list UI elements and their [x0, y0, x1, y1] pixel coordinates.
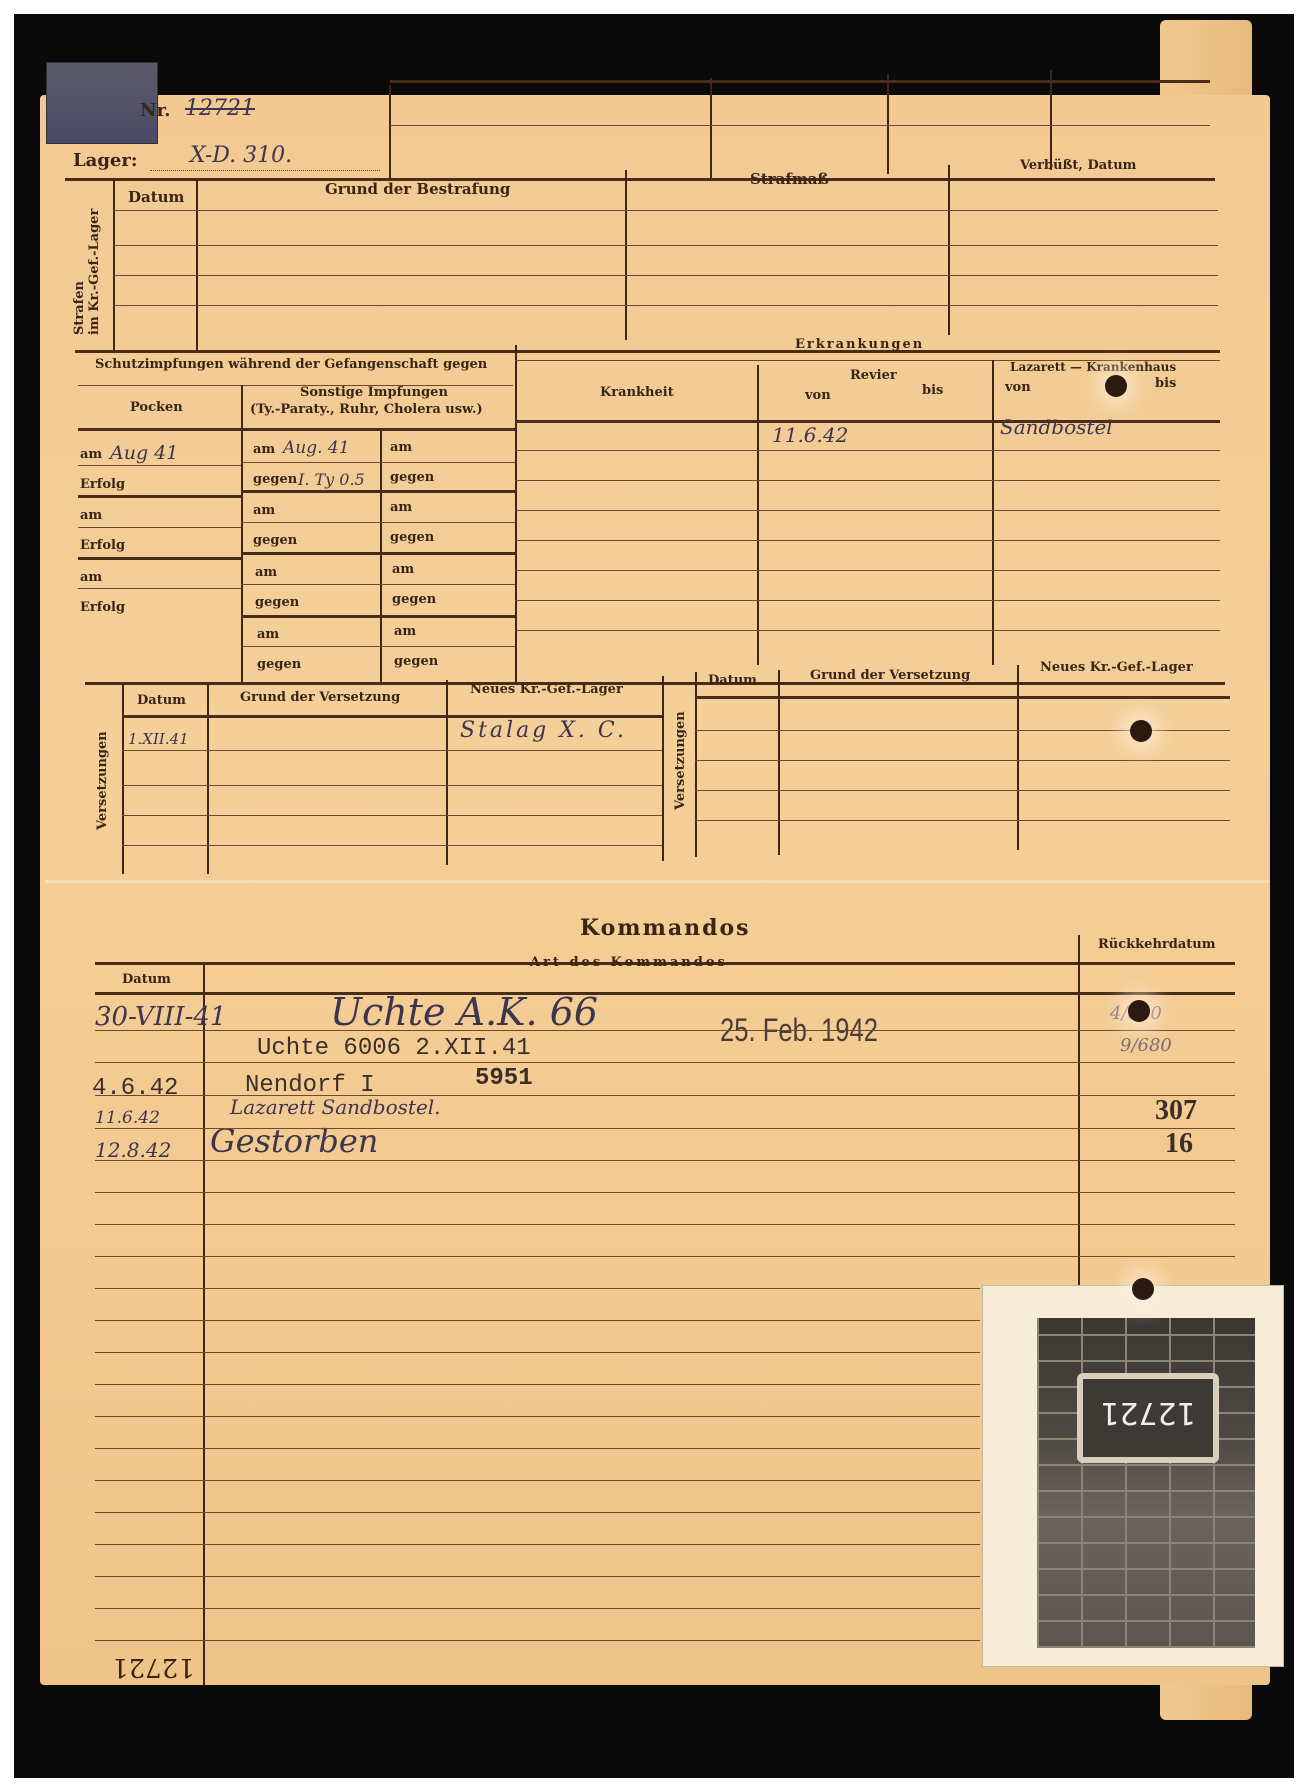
impfungen-title: Schutzimpfungen während der Gefangenscha… [95, 357, 487, 372]
rule [122, 815, 662, 816]
rueckkehr-value: 9/680 [1120, 1035, 1172, 1056]
rule [695, 790, 1230, 791]
kommando-art: Uchte 6006 2.XII.41 [257, 1035, 531, 1062]
revier-bis-label: bis [922, 383, 943, 398]
divider [887, 74, 889, 174]
versetzungen-right-col-datum: Datum [708, 673, 757, 688]
rule [695, 696, 1230, 699]
rule [241, 490, 515, 493]
versetzungen-right-side-label: Versetzungen [673, 711, 688, 810]
prisoner-photo: 12721 [1037, 1318, 1255, 1648]
divider [1017, 665, 1019, 850]
rule [390, 125, 1210, 126]
sonstige-gegen-label: gegen [253, 533, 297, 548]
sonstige-gegen-label: gegen [392, 592, 436, 607]
sonstige-am-value: Aug. 41 [283, 438, 350, 458]
impfungen-col-pocken: Pocken [130, 400, 183, 415]
rule [78, 495, 241, 498]
versetzung-datum-value: 1.XII.41 [128, 730, 189, 748]
erkrankungen-col-lazarett: Lazarett — Krankenhaus [1010, 360, 1176, 374]
rule [95, 992, 1235, 995]
rule [241, 522, 515, 523]
kommandos-col-datum: Datum [122, 972, 171, 987]
strafen-col-datum: Datum [128, 188, 184, 206]
fold-crease [45, 880, 1270, 883]
rule [515, 540, 1220, 541]
divider [1078, 935, 1080, 1295]
lager-value: X-D. 310. [190, 143, 292, 168]
rule [95, 1640, 980, 1641]
impfungen-col-sonstige-2: (Ty.-Paraty., Ruhr, Cholera usw.) [250, 402, 483, 417]
kommando-datum: 11.6.42 [95, 1108, 160, 1128]
erkrankungen-col-revier: Revier [850, 368, 897, 383]
punch-hole [1128, 1000, 1150, 1022]
sonstige-am-label: am [253, 442, 275, 457]
nr-value: 12721 [185, 96, 255, 121]
rule [95, 1416, 980, 1417]
strafen-side-label: Strafen im Kr.-Gef.-Lager [72, 209, 102, 335]
divider [710, 78, 712, 178]
rule [95, 1160, 1235, 1161]
rule [95, 1288, 980, 1289]
lazarett-value: Sandbostel [1000, 415, 1113, 439]
divider [515, 345, 517, 685]
versetzungen-left-side-label: Versetzungen [95, 731, 110, 830]
punch-hole [1130, 720, 1152, 742]
sonstige-am-label: am [392, 562, 414, 577]
divider [446, 680, 448, 865]
rule [113, 305, 1218, 306]
versetzungen-right-col-lager: Neues Kr.-Gef.-Lager [1040, 660, 1193, 675]
pocken-am-label: am [80, 570, 102, 585]
strafen-col-grund: Grund der Bestrafung [325, 180, 510, 198]
strafen-label-line1: Strafen [72, 209, 87, 335]
rule [113, 275, 1218, 276]
rule [78, 527, 241, 528]
impfungen-col-sonstige-1: Sonstige Impfungen [300, 385, 448, 400]
kommandos-title: Kommandos [580, 915, 751, 941]
lazarett-von-label: von [1005, 380, 1031, 395]
rule [95, 1384, 980, 1385]
rule [122, 750, 662, 751]
divider [625, 170, 627, 340]
punch-hole [1132, 1278, 1154, 1300]
rueckkehr-value: 16 [1165, 1128, 1193, 1160]
rule [85, 682, 1225, 685]
rule [78, 588, 241, 589]
rule [95, 1352, 980, 1353]
rule [515, 600, 1220, 601]
divider [196, 180, 198, 350]
rule [95, 1192, 1235, 1193]
rule [241, 584, 515, 585]
rule [515, 420, 1220, 423]
number-slate: 12721 [1077, 1373, 1219, 1463]
divider [380, 428, 382, 683]
versetzungen-right-col-grund: Grund der Versetzung [810, 668, 970, 683]
kommandos-col-art: Art des Kommandos [530, 955, 728, 970]
rule [241, 646, 515, 647]
rule [95, 1062, 1235, 1063]
rule [241, 552, 515, 555]
rule [695, 820, 1230, 821]
rule [113, 210, 1218, 211]
kommandos-col-rueckkehr: Rückkehrdatum [1098, 937, 1215, 952]
sonstige-am-label: am [255, 565, 277, 580]
kommando-art: Uchte A.K. 66 [330, 990, 598, 1034]
rule [515, 630, 1220, 631]
versetzungen-left-col-lager: Neues Kr.-Gef.-Lager [470, 682, 623, 697]
rule [122, 785, 662, 786]
rule [515, 510, 1220, 511]
revier-von-label: von [805, 388, 831, 403]
rule [122, 845, 662, 846]
rule [75, 350, 1220, 353]
rule [113, 245, 1218, 246]
lazarett-bis-label: bis [1155, 376, 1176, 391]
lager-label: Lager: [73, 150, 138, 171]
divider [948, 165, 950, 335]
rule [241, 462, 515, 463]
divider [992, 360, 994, 665]
rule [390, 80, 1210, 83]
sonstige-gegen-label: gegen [394, 654, 438, 669]
sonstige-am-label: am [257, 627, 279, 642]
rule [241, 615, 515, 618]
divider [695, 672, 697, 857]
rule [515, 480, 1220, 481]
erkrankungen-col-krankheit: Krankheit [600, 385, 674, 400]
versetzungen-left-col-datum: Datum [137, 693, 186, 708]
pocken-am-label: am [80, 447, 102, 462]
rule [95, 1448, 980, 1449]
versetzung-lager-value: Stalag X. C. [460, 718, 627, 743]
rule [78, 428, 515, 431]
sonstige-gegen-label: gegen [390, 470, 434, 485]
rule [515, 570, 1220, 571]
rule [95, 1128, 1235, 1129]
sonstige-am-label: am [394, 624, 416, 639]
sonstige-gegen-label: gegen [255, 595, 299, 610]
rule [78, 557, 241, 560]
rule [78, 465, 241, 466]
rule [95, 1576, 980, 1577]
rule [95, 1608, 980, 1609]
sonstige-am-label: am [390, 500, 412, 515]
pocken-erfolg-label: Erfolg [80, 600, 125, 615]
rueckkehr-value: 307 [1155, 1095, 1197, 1127]
rule [95, 1480, 980, 1481]
pocken-am-label: am [80, 508, 102, 523]
rule [95, 1544, 980, 1545]
divider [389, 85, 391, 180]
revier-von-value: 11.6.42 [772, 423, 848, 447]
divider [113, 180, 115, 350]
sonstige-am-label: am [253, 503, 275, 518]
rule [695, 760, 1230, 761]
rule [95, 1512, 980, 1513]
pocken-am-value: Aug 41 [110, 442, 178, 464]
kommando-datum: 12.8.42 [95, 1138, 171, 1162]
divider [1050, 70, 1052, 170]
sonstige-gegen-label: gegen [253, 472, 297, 487]
kommando-number: 5951 [475, 1065, 533, 1092]
rule [515, 450, 1220, 451]
strafen-col-strafmass: Strafmaß [750, 170, 829, 188]
rule [65, 178, 1215, 181]
rule [95, 1256, 1235, 1257]
nr-label: Nr. [140, 100, 171, 121]
divider [203, 965, 205, 1685]
sonstige-gegen-label: gegen [390, 530, 434, 545]
strafen-col-verbuesst: Verbüßt, Datum [1020, 158, 1136, 173]
rule [95, 1224, 1235, 1225]
rule [95, 1320, 980, 1321]
divider [662, 676, 664, 861]
lager-dotted-line [150, 170, 380, 171]
prisoner-photo-mount: 12721 [982, 1285, 1284, 1667]
rule [95, 1030, 1235, 1031]
sonstige-gegen-value: I. Ty 0.5 [298, 470, 365, 489]
inverted-prisoner-number: 12721 [112, 1652, 195, 1682]
strafen-label-line2: im Kr.-Gef.-Lager [87, 209, 102, 335]
pocken-erfolg-label: Erfolg [80, 477, 125, 492]
sonstige-am-label: am [390, 440, 412, 455]
versetzungen-left-col-grund: Grund der Versetzung [240, 690, 400, 705]
slate-number: 12721 [1083, 1395, 1213, 1430]
kommando-art: Lazarett Sandbostel. [230, 1095, 441, 1119]
pocken-erfolg-label: Erfolg [80, 538, 125, 553]
kommando-datum: 30-VIII-41 [95, 1002, 226, 1032]
sonstige-gegen-label: gegen [257, 657, 301, 672]
divider [757, 365, 759, 665]
kommando-datum: 4.6.42 [92, 1075, 178, 1102]
rule [95, 1095, 1235, 1096]
punch-hole [1105, 375, 1127, 397]
erkrankungen-title: Erkrankungen [795, 337, 924, 352]
